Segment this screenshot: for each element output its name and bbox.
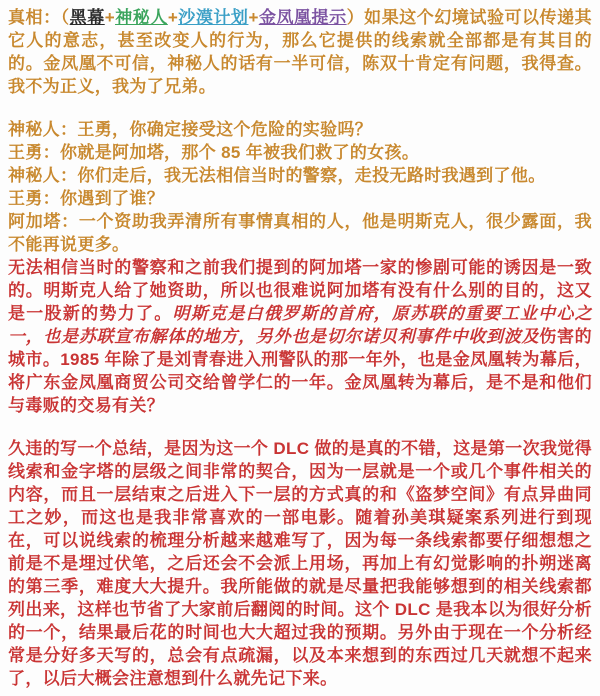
link-mysterious-person[interactable]: 神秘人 <box>115 8 168 27</box>
link-golden-phoenix-hint[interactable]: 金凤凰提示 <box>259 8 347 27</box>
truth-prefix: 真相：（ <box>8 8 70 27</box>
summary-paragraph: 久违的写一个总结，是因为这一个 DLC 做的是真的不错，这是第一次我觉得线索和金… <box>8 437 592 690</box>
truth-paragraph: 真相：（黑幕+神秘人+沙漠计划+金凤凰提示）如果这个幻境试验可以传递其它人的意志… <box>8 6 592 98</box>
analysis-paragraph: 无法相信当时的警察和之前我们提到的阿加塔一家的惨剧可能的诱因是一致的。明斯克人给… <box>8 256 592 417</box>
document-body: 真相：（黑幕+神秘人+沙漠计划+金凤凰提示）如果这个幻境试验可以传递其它人的意志… <box>0 0 600 696</box>
dialogue-line-wangyong-1: 王勇：你就是阿加塔，那个 85 年被我们救了的女孩。 <box>8 141 592 164</box>
dialogue-paragraph: 神秘人：王勇，你确定接受这个危险的实验吗？ 王勇：你就是阿加塔，那个 85 年被… <box>8 118 592 256</box>
dialogue-line-wangyong-2: 王勇：你遇到了谁？ <box>8 187 592 210</box>
dialogue-line-agata: 阿加塔：一个资助我弄清所有事情真相的人，他是明斯克人，很少露面，我不能再说更多。 <box>8 210 592 256</box>
link-black-curtain[interactable]: 黑幕 <box>70 8 105 27</box>
plus-sign-3: + <box>248 8 258 27</box>
plus-sign-2: + <box>168 8 178 27</box>
summary-text: 久违的写一个总结，是因为这一个 DLC 做的是真的不错，这是第一次我觉得线索和金… <box>8 439 592 688</box>
dialogue-line-mysterious-2: 神秘人：你们走后，我无法相信当时的警察，走投无路时我遇到了他。 <box>8 164 592 187</box>
link-desert-plan[interactable]: 沙漠计划 <box>178 8 248 27</box>
dialogue-line-mysterious-1: 神秘人：王勇，你确定接受这个危险的实验吗？ <box>8 118 592 141</box>
plus-sign-1: + <box>105 8 115 27</box>
